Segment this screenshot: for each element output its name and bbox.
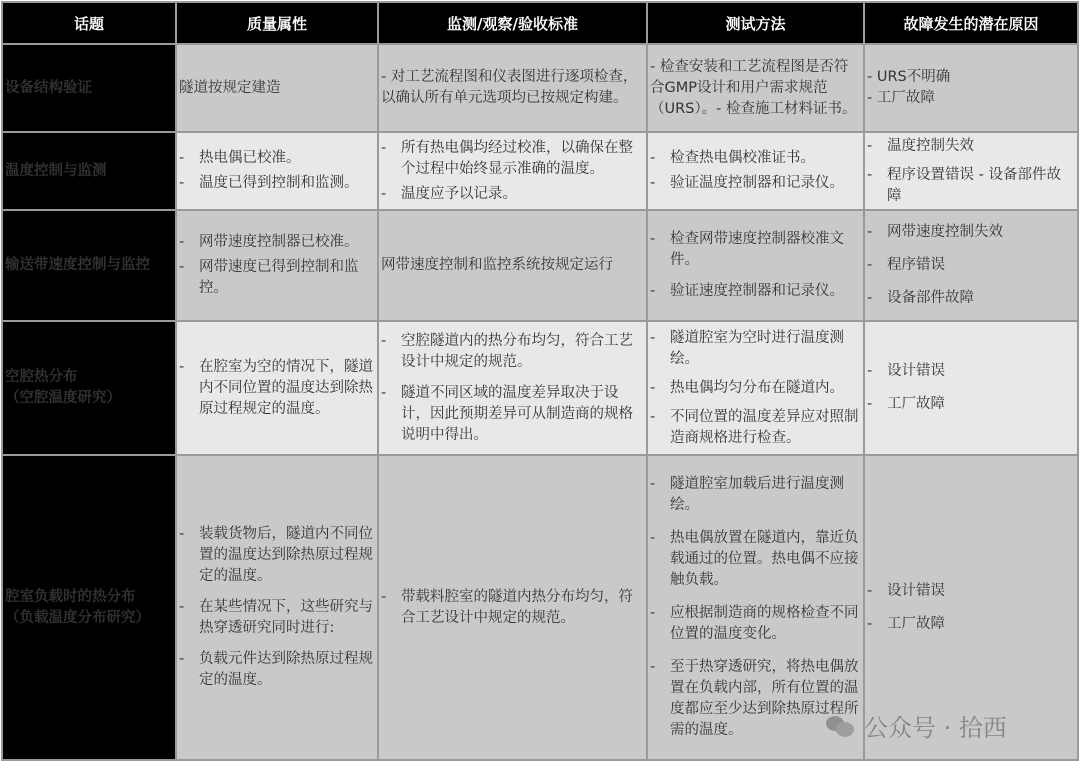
header-test-method: 测试方法 <box>648 3 863 43</box>
header-causes: 故障发生的潜在原因 <box>865 3 1077 43</box>
table-row: 输送带速度控制与监控 网带速度控制器已校准。 网带速度已得到控制和监控。 网带速… <box>3 211 1077 320</box>
causes-cell: 温度控制失效 程序设置错误 - 设备部件故障 <box>865 133 1077 209</box>
quality-cell: 热电偶已校准。 温度已得到控制和监测。 <box>177 133 377 209</box>
criteria-cell: 空腔隧道内的热分布均匀，符合工艺设计中规定的规范。 隧道不同区域的温度差异取决于… <box>379 322 646 454</box>
list-item: 热电偶均匀分布在隧道内。 <box>650 378 861 399</box>
topic-cell: 温度控制与监测 <box>3 133 175 209</box>
table-row: 设备结构验证 隧道按规定建造 - 对工艺流程图和仪表图进行逐项检查，以确认所有单… <box>3 45 1077 131</box>
list-item: 隧道不同区域的温度差异取决于设计，因此预期差异可从制造商的规格说明中得出。 <box>381 383 644 446</box>
criteria-cell: - 对工艺流程图和仪表图进行逐项检查，以确认所有单元选项均已按规定构建。 <box>379 45 646 131</box>
causes-cell: 网带速度控制失效 程序错误 设备部件故障 <box>865 211 1077 320</box>
list-item: 空腔隧道内的热分布均匀，符合工艺设计中规定的规范。 <box>381 331 644 373</box>
cause-text: - 工厂故障 <box>867 88 1075 109</box>
criteria-cell: 所有热电偶均经过校准，以确保在整个过程中始终显示准确的温度。 温度应予以记录。 <box>379 133 646 209</box>
header-criteria: 监测/观察/验收标准 <box>379 3 646 43</box>
list-item: 带载料腔室的隧道内热分布均匀，符合工艺设计中规定的规范。 <box>381 587 644 629</box>
list-item: 验证速度控制器和记录仪。 <box>650 281 861 302</box>
test-text: - 检查安装和工艺流程图是否符合GMP设计和用户需求规范（URS）。- 检查施工… <box>650 57 861 120</box>
list-item: 设计错误 <box>867 581 1075 602</box>
quality-cell: 装载货物后，隧道内不同位置的温度达到除热原过程规定的温度。 在某些情况下，这些研… <box>177 456 377 759</box>
list-item: 工厂故障 <box>867 394 1075 415</box>
validation-table: 话题 质量属性 监测/观察/验收标准 测试方法 故障发生的潜在原因 设备结构验证… <box>1 1 1079 761</box>
list-item: 隧道腔室加载后进行温度测绘。 <box>650 474 861 516</box>
watermark: 公众号 · 拾西 <box>826 708 1007 743</box>
criteria-cell: 带载料腔室的隧道内热分布均匀，符合工艺设计中规定的规范。 <box>379 456 646 759</box>
list-item: 装载货物后，隧道内不同位置的温度达到除热原过程规定的温度。 <box>179 524 375 587</box>
table-row: 空腔热分布 （空腔温度研究） 在腔室为空的情况下，隧道内不同位置的温度达到除热原… <box>3 322 1077 454</box>
list-item: 设备部件故障 <box>867 288 1075 309</box>
quality-text: 隧道按规定建造 <box>179 78 375 99</box>
list-item: 应根据制造商的规格检查不同位置的温度变化。 <box>650 603 861 645</box>
list-item: 检查网带速度控制器校准文件。 <box>650 229 861 271</box>
header-quality: 质量属性 <box>177 3 377 43</box>
topic-cell: 空腔热分布 （空腔温度研究） <box>3 322 175 454</box>
watermark-text: 公众号 · 拾西 <box>864 708 1007 743</box>
wechat-icon <box>826 714 856 738</box>
test-cell: 检查网带速度控制器校准文件。 验证速度控制器和记录仪。 <box>648 211 863 320</box>
test-cell: - 检查安装和工艺流程图是否符合GMP设计和用户需求规范（URS）。- 检查施工… <box>648 45 863 131</box>
list-item: 程序错误 <box>867 255 1075 276</box>
list-item: 热电偶放置在隧道内，靠近负载通过的位置。热电偶不应接触负载。 <box>650 528 861 591</box>
topic-cell: 输送带速度控制与监控 <box>3 211 175 320</box>
topic-title: 腔室负载时的热分布 <box>5 587 173 608</box>
topic-cell: 设备结构验证 <box>3 45 175 131</box>
table-row: 温度控制与监测 热电偶已校准。 温度已得到控制和监测。 所有热电偶均经过校准，以… <box>3 133 1077 209</box>
list-item: 热电偶已校准。 <box>179 148 375 169</box>
list-item: 温度已得到控制和监测。 <box>179 173 375 194</box>
list-item: 在腔室为空的情况下，隧道内不同位置的温度达到除热原过程规定的温度。 <box>179 357 375 420</box>
list-item: 验证温度控制器和记录仪。 <box>650 173 861 194</box>
list-item: 网带速度控制器已校准。 <box>179 232 375 253</box>
quality-cell: 隧道按规定建造 <box>177 45 377 131</box>
topic-subtitle: （空腔温度研究） <box>5 388 173 409</box>
list-item: 在某些情况下，这些研究与热穿透研究同时进行: <box>179 597 375 639</box>
list-item: 温度控制失效 <box>867 136 1075 157</box>
list-item: 网带速度控制失效 <box>867 222 1075 243</box>
list-item: 温度应予以记录。 <box>381 184 644 205</box>
quality-cell: 在腔室为空的情况下，隧道内不同位置的温度达到除热原过程规定的温度。 <box>177 322 377 454</box>
list-item: 设计错误 <box>867 361 1075 382</box>
test-cell: 检查热电偶校准证书。 验证温度控制器和记录仪。 <box>648 133 863 209</box>
header-row: 话题 质量属性 监测/观察/验收标准 测试方法 故障发生的潜在原因 <box>3 3 1077 43</box>
causes-cell: 设计错误 工厂故障 <box>865 322 1077 454</box>
causes-cell: - URS不明确 - 工厂故障 <box>865 45 1077 131</box>
list-item: 工厂故障 <box>867 614 1075 635</box>
topic-title: 空腔热分布 <box>5 367 173 388</box>
list-item: 隧道腔室为空时进行温度测绘。 <box>650 328 861 370</box>
list-item: 程序设置错误 - 设备部件故障 <box>867 165 1075 207</box>
test-cell: 隧道腔室为空时进行温度测绘。 热电偶均匀分布在隧道内。 不同位置的温度差异应对照… <box>648 322 863 454</box>
criteria-text: - 对工艺流程图和仪表图进行逐项检查，以确认所有单元选项均已按规定构建。 <box>381 67 644 109</box>
quality-cell: 网带速度控制器已校准。 网带速度已得到控制和监控。 <box>177 211 377 320</box>
criteria-cell: 网带速度控制和监控系统按规定运行 <box>379 211 646 320</box>
list-item: 不同位置的温度差异应对照制造商规格进行检查。 <box>650 407 861 449</box>
list-item: 网带速度已得到控制和监控。 <box>179 257 375 299</box>
cause-text: - URS不明确 <box>867 67 1075 88</box>
list-item: 检查热电偶校准证书。 <box>650 148 861 169</box>
topic-cell: 腔室负载时的热分布 （负载温度分布研究） <box>3 456 175 759</box>
criteria-text: 网带速度控制和监控系统按规定运行 <box>381 255 644 276</box>
list-item: 所有热电偶均经过校准，以确保在整个过程中始终显示准确的温度。 <box>381 138 644 180</box>
header-topic: 话题 <box>3 3 175 43</box>
topic-subtitle: （负载温度分布研究） <box>5 608 173 629</box>
list-item: 负载元件达到除热原过程规定的温度。 <box>179 649 375 691</box>
